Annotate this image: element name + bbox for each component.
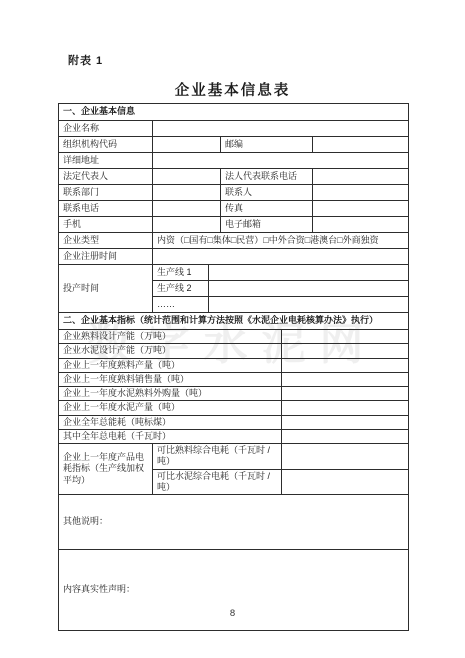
production-line-label: 生产线 1 [153, 265, 209, 281]
field-value-cell [313, 137, 409, 153]
field-value-cell [153, 249, 409, 265]
field-value-cell [282, 358, 409, 372]
field-value-cell [153, 185, 221, 201]
field-label: 可比水泥综合电耗（千瓦时 /吨） [153, 469, 282, 495]
field-value-cell [153, 169, 221, 185]
field-value-cell [153, 121, 409, 137]
field-value-cell [153, 201, 221, 217]
field-value-cell [153, 217, 221, 233]
field-label: 电子邮箱 [221, 217, 313, 233]
field-label: 企业上一年度熟料销售量（吨） [59, 372, 282, 386]
field-value-cell [282, 330, 409, 344]
field-label: 其中全年总电耗（千瓦时） [59, 429, 282, 443]
field-value-cell [282, 469, 409, 495]
field-label: 详细地址 [59, 153, 153, 169]
field-label: 投产时间 [59, 265, 153, 313]
field-value-cell [153, 153, 409, 169]
field-label: 联系人 [221, 185, 313, 201]
field-label: 企业上一年度水泥产量（吨） [59, 401, 282, 415]
field-value-cell [209, 265, 409, 281]
field-label: 组织机构代码 [59, 137, 153, 153]
field-value-cell [282, 387, 409, 401]
field-value-cell [313, 169, 409, 185]
field-value-cell [282, 444, 409, 470]
field-value-cell [313, 201, 409, 217]
field-value-cell [282, 429, 409, 443]
document-title: 企业基本信息表 [0, 79, 465, 100]
field-label: 可比熟料综合电耗（千瓦时 /吨） [153, 444, 282, 470]
field-label: 企业上一年度产品电耗指标（生产线加权平均） [59, 444, 153, 495]
enterprise-info-table: 一、企业基本信息 企业名称 组织机构代码 邮编 详细地址 法定代表人 法人代表联… [58, 103, 409, 631]
field-label: 联系电话 [59, 201, 153, 217]
field-label: 企业上一年度熟料产量（吨） [59, 358, 282, 372]
enterprise-type-options: 内资（□国有□集体□民营）□中外合资□港澳台□外商独资 [153, 233, 409, 249]
field-label: 手机 [59, 217, 153, 233]
other-notes-cell: 其他说明： [59, 495, 409, 550]
field-value-cell [153, 137, 221, 153]
field-label: 企业上一年度水泥熟料外购量（吨） [59, 387, 282, 401]
field-value-cell [209, 297, 409, 313]
section1-header: 一、企业基本信息 [59, 104, 409, 121]
production-line-label: …… [153, 297, 209, 313]
field-label: 联系部门 [59, 185, 153, 201]
field-label: 企业水泥设计产能（万吨） [59, 344, 282, 358]
field-label: 传真 [221, 201, 313, 217]
field-value-cell [282, 401, 409, 415]
field-label: 企业注册时间 [59, 249, 153, 265]
field-value-cell [282, 415, 409, 429]
field-label: 企业熟料设计产能（万吨） [59, 330, 282, 344]
field-label: 法人代表联系电话 [221, 169, 313, 185]
field-value-cell [313, 217, 409, 233]
appendix-label: 附表 1 [68, 52, 103, 68]
field-label: 企业类型 [59, 233, 153, 249]
field-value-cell [282, 372, 409, 386]
field-label: 邮编 [221, 137, 313, 153]
field-label: 企业全年总能耗（吨标煤） [59, 415, 282, 429]
section2-header: 二、企业基本指标（统计范围和计算方法按照《水泥企业电耗核算办法》执行） [59, 313, 409, 330]
declaration-cell: 内容真实性声明： [59, 550, 409, 631]
field-value-cell [282, 344, 409, 358]
field-label: 法定代表人 [59, 169, 153, 185]
production-line-label: 生产线 2 [153, 281, 209, 297]
field-value-cell [209, 281, 409, 297]
field-label: 企业名称 [59, 121, 153, 137]
field-value-cell [313, 185, 409, 201]
